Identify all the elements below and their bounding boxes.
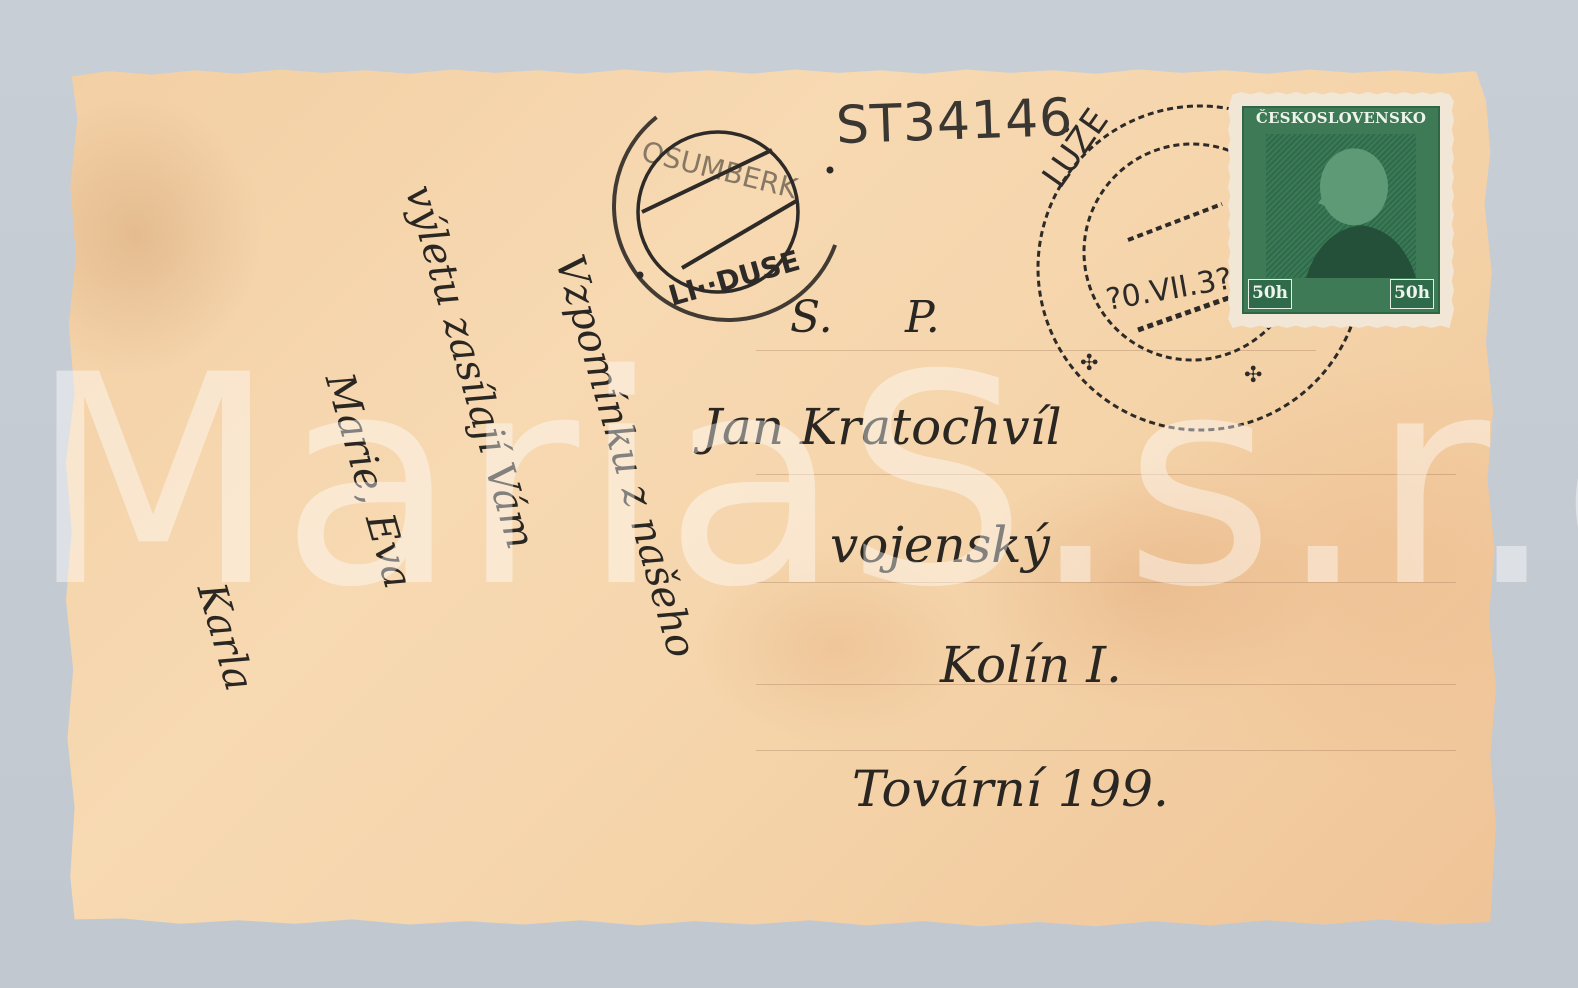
address-name: Jan Kratochvíl bbox=[702, 398, 1062, 456]
address-street: Tovární 199. bbox=[852, 760, 1169, 818]
address-city: Kolín I. bbox=[940, 636, 1122, 694]
svg-text:✣: ✣ bbox=[1080, 351, 1098, 376]
postage-stamp: ČESKOSLOVENSKO 50h 50h bbox=[1228, 92, 1454, 328]
reference-code: ST34146 bbox=[835, 88, 1074, 156]
stamp-country: ČESKOSLOVENSKO bbox=[1244, 109, 1438, 127]
stamp-value-right: 50h bbox=[1390, 279, 1434, 309]
stamp-portrait-icon bbox=[1266, 134, 1416, 278]
svg-text:?0.VII.3?: ?0.VII.3? bbox=[1103, 261, 1234, 318]
salutation-p: P. bbox=[905, 292, 940, 343]
svg-text:✣: ✣ bbox=[1244, 363, 1262, 388]
address-occupation: vojenský bbox=[830, 516, 1050, 574]
svg-text:LI··DUSE: LI··DUSE bbox=[665, 244, 804, 313]
svg-text:OSUMBERK: OSUMBERK bbox=[638, 135, 801, 206]
stamp-frame: ČESKOSLOVENSKO 50h 50h bbox=[1242, 106, 1440, 314]
salutation-s: S. bbox=[790, 292, 833, 343]
stamp-value-left: 50h bbox=[1248, 279, 1292, 309]
